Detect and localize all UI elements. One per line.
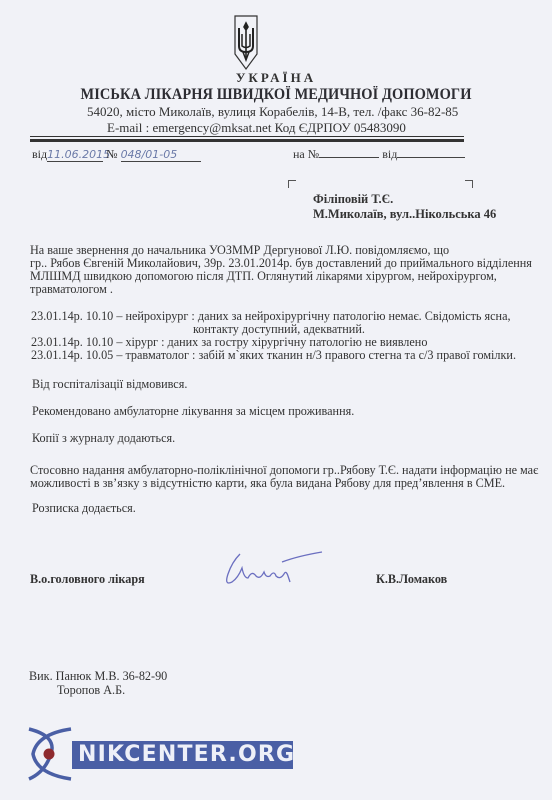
regarding-paragraph: Стосовно надання амбулаторно-поліклінічн… <box>30 464 540 490</box>
exam-list: 23.01.14р. 10.10 – нейрохірург : даних з… <box>31 310 541 362</box>
handwritten-number: 048/01-05 <box>121 148 201 162</box>
signatory-name: К.В.Ломаков <box>376 572 447 587</box>
to-number-label: на № <box>293 147 319 161</box>
intro-line: травматологом . <box>30 283 540 296</box>
address-corner-right <box>465 180 473 188</box>
letterhead-organization: МІСЬКА ЛІКАРНЯ ШВИДКОЇ МЕДИЧНОЇ ДОПОМОГИ <box>19 86 532 104</box>
recipient-name: Філіповій Т.Є. <box>313 192 393 207</box>
copies-text: Копії з журналу додаються. <box>32 432 175 445</box>
letterhead-email: E-mail : emergency@mksat.net Код ЄДРПОУ … <box>107 120 406 136</box>
to-number-field <box>319 157 379 158</box>
address-corner-left <box>288 180 296 188</box>
from-label: від <box>32 147 47 161</box>
header-divider-thick <box>30 139 464 142</box>
ukraine-trident-icon <box>233 14 259 71</box>
number-label: № <box>106 147 117 161</box>
letterhead-country: УКРАЇНА <box>0 70 552 86</box>
recipient-address: М.Миколаїв, вул..Нікольська 46 <box>313 207 496 222</box>
signatory-title: В.о.головного лікаря <box>30 572 145 587</box>
handwritten-signature-icon <box>218 548 326 590</box>
regarding-line: можливості в зв’язку з відсутністю карти… <box>30 477 540 490</box>
exam-traumatologist: 23.01.14р. 10.05 – травматолог : забій м… <box>31 349 541 362</box>
nikcenter-watermark: NIKCENTER.ORG <box>72 741 293 769</box>
refusal-text: Від госпіталізації відмовився. <box>32 378 187 391</box>
to-date-field <box>397 157 465 158</box>
handwritten-date: 11.06.2015 <box>47 148 103 162</box>
receipt-text: Розписка додається. <box>32 502 136 515</box>
header-divider <box>30 136 464 137</box>
letterhead-address: 54020, місто Миколаїв, вулиця Корабелів,… <box>87 104 458 120</box>
to-date-label: від <box>382 147 397 161</box>
nikcenter-eye-logo-icon <box>27 726 73 782</box>
executor-line-2: Торопов А.Б. <box>57 684 125 697</box>
executor-line-1: Вик. Панюк М.В. 36-82-90 <box>29 670 167 683</box>
recommendation-text: Рекомендовано амбулаторне лікування за м… <box>32 405 354 418</box>
outgoing-reference: від11.06.2015 № 048/01-05 <box>32 147 201 162</box>
incoming-reference: на № від <box>293 147 465 162</box>
intro-paragraph: На ваше звернення до начальника УОЗММР Д… <box>30 244 540 296</box>
